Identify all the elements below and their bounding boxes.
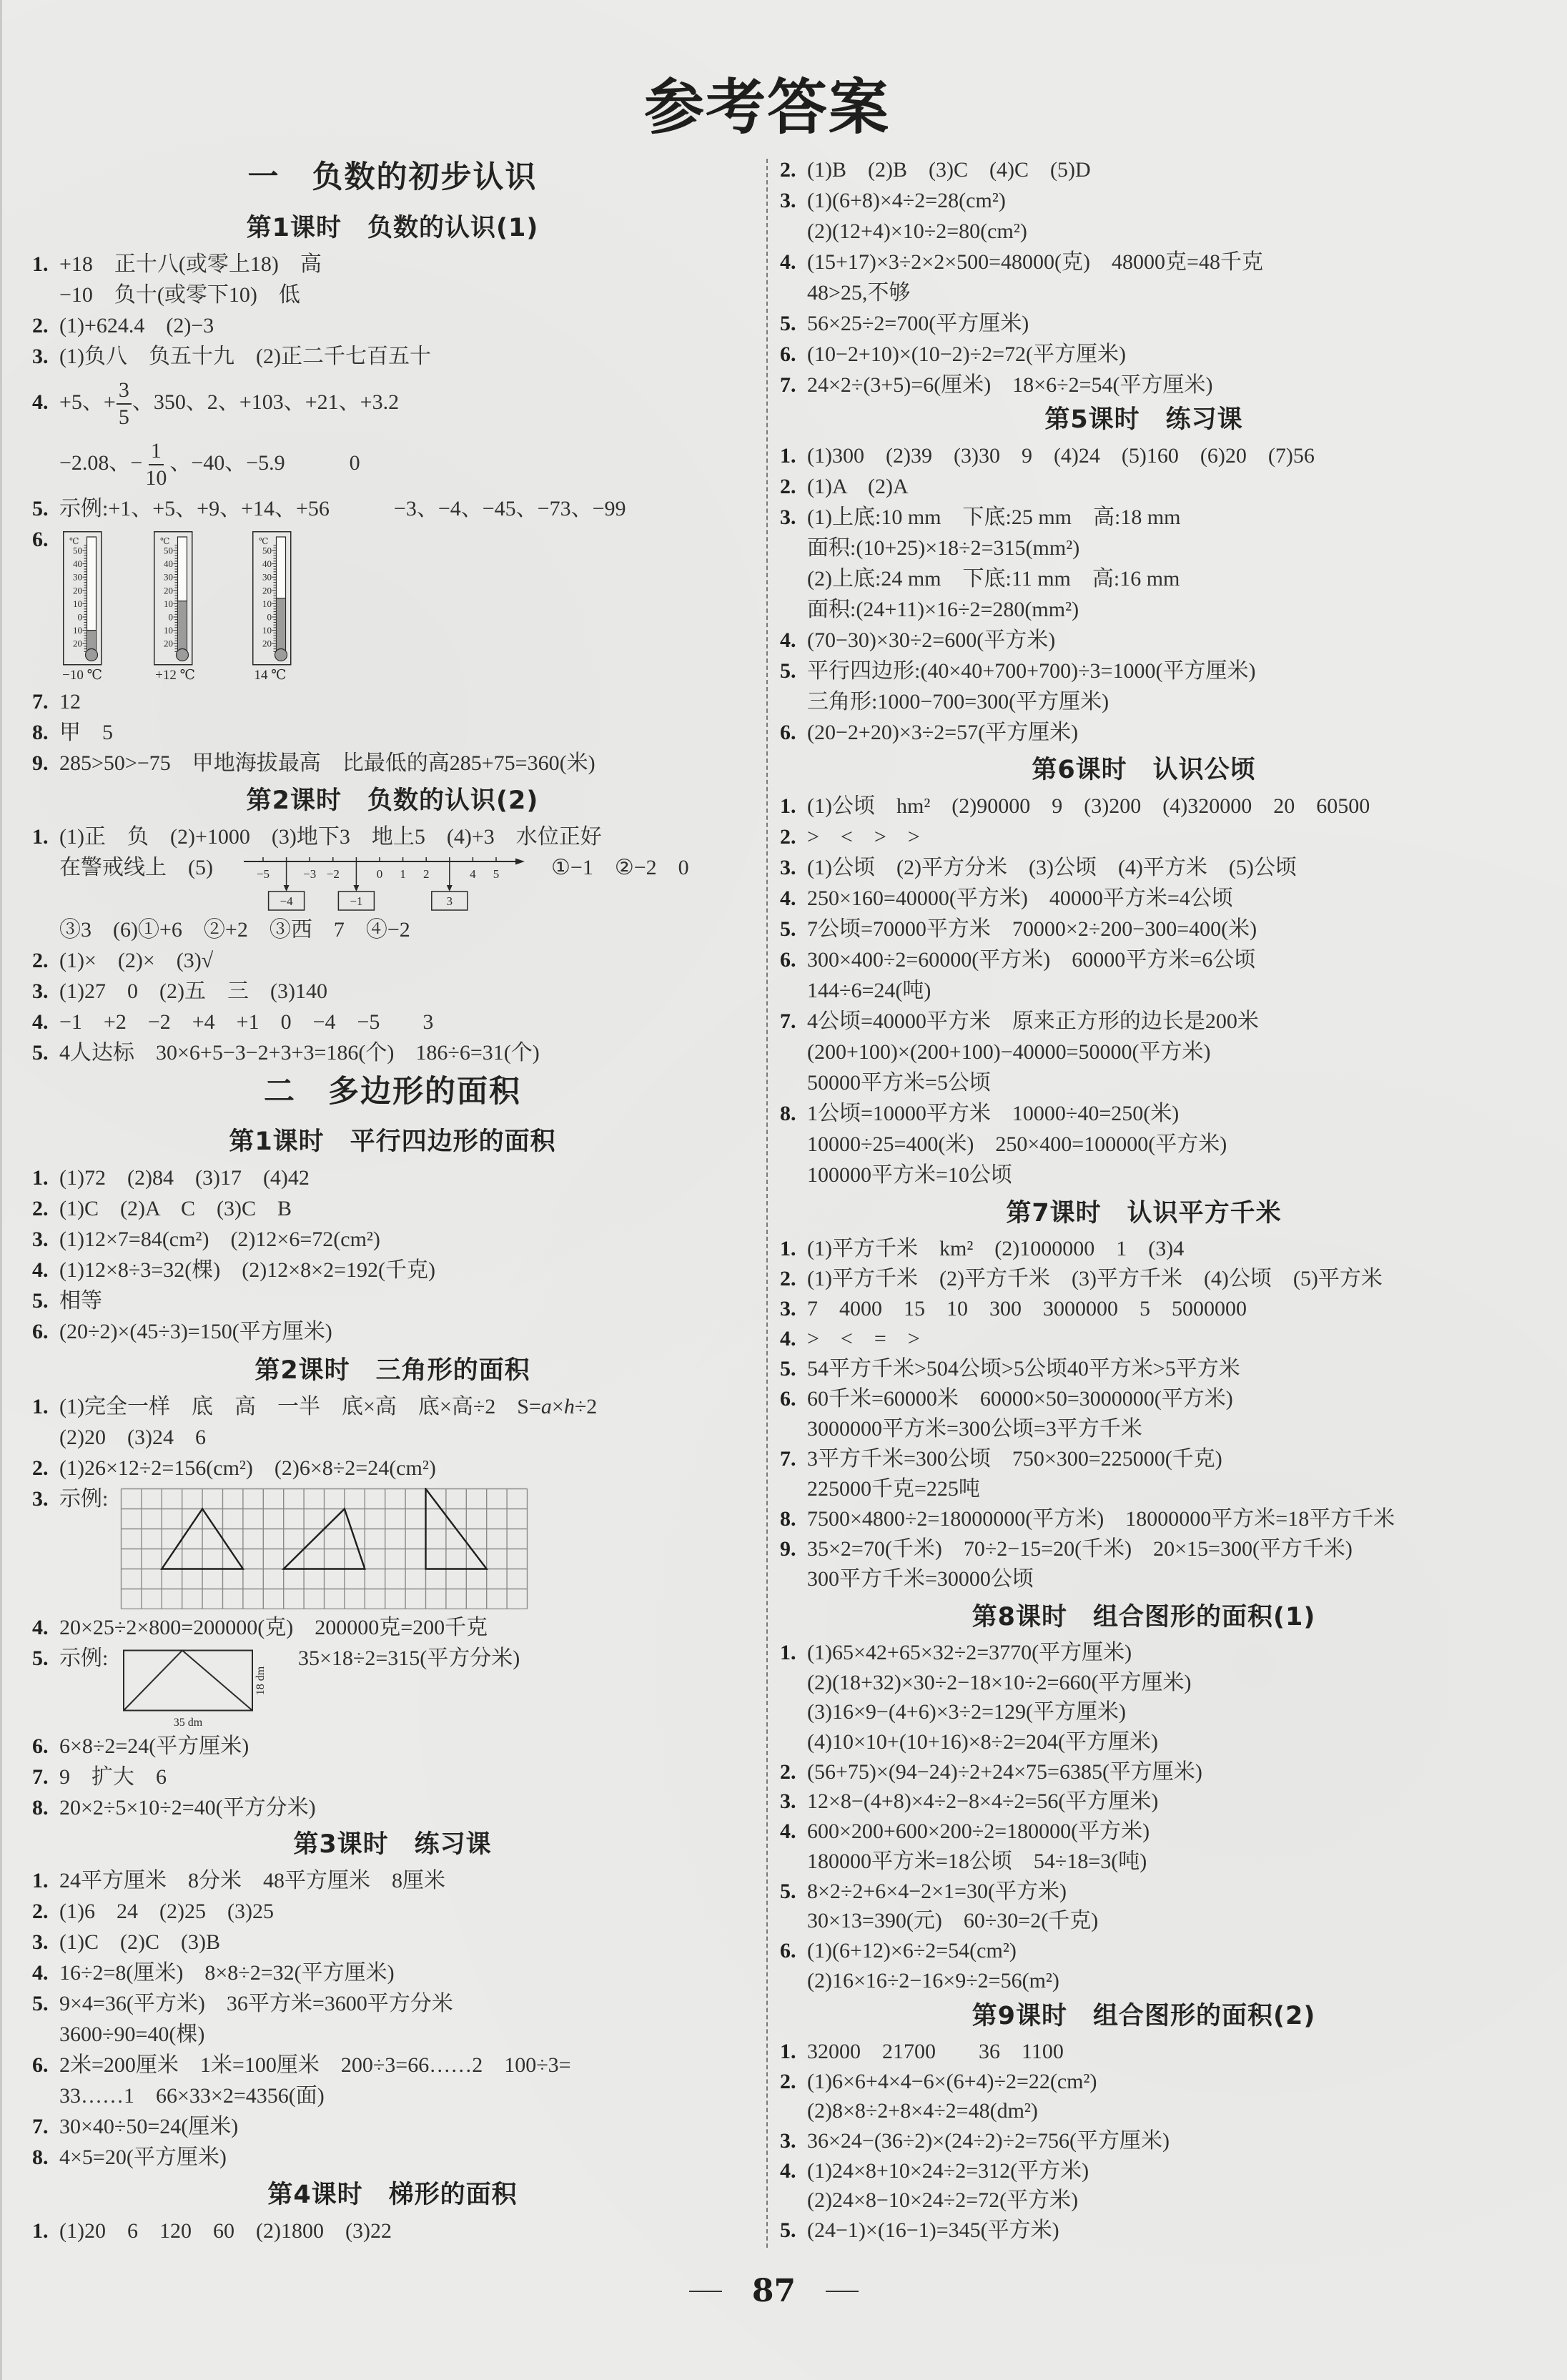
answer-line: 1.(1)正 负 (2)+1000 (3)地下3 地上5 (4)+3 水位正好: [32, 821, 753, 852]
answer-text: (1)24×8+10×24÷2=312(平方米): [807, 2159, 1089, 2183]
fraction-denominator: 5: [117, 405, 132, 430]
answer-line-continued: (2)上底:24 mm 下底:11 mm 高:16 mm: [780, 563, 1508, 594]
answer-line: 5.9×4=36(平方米) 36平方米=3600平方分米: [32, 1988, 753, 2019]
rectangle-triangle-figure: 18 dm 35 dm: [122, 1649, 294, 1731]
question-number: 4.: [780, 2156, 807, 2186]
answer-text: 35×18÷2=315(平方分米): [298, 1643, 520, 1674]
answer-line: 5.(24−1)×(16−1)=345(平方米): [780, 2216, 1508, 2246]
scale-label: 30: [262, 572, 272, 583]
question-number: 2.: [780, 154, 807, 185]
answer-text: (10−2+10)×(10−2)÷2=72(平方厘米): [807, 342, 1126, 366]
answer-text: (70−30)×30÷2=600(平方米): [807, 628, 1055, 652]
thermometer-1: ℃504030201001020: [64, 532, 102, 665]
answer-line-continued: 面积:(10+25)×18÷2=315(mm²): [780, 533, 1508, 563]
answer-line: 3.(1)(6+8)×4÷2=28(cm²): [780, 185, 1508, 216]
question-number: 6.: [780, 339, 807, 370]
question-number: 3.: [32, 976, 59, 1007]
lesson-u2-4-continued: 2.(1)B (2)B (3)C (4)C (5)D 3.(1)(6+8)×4÷…: [780, 154, 1508, 400]
answer-line: 3.(1)负八 负五十九 (2)正二千七百五十: [32, 341, 753, 372]
answer-text: 、−40、−5.9 0: [169, 451, 360, 475]
answer-text: (1)72 (2)84 (3)17 (4)42: [59, 1166, 310, 1190]
answer-line: 1.32000 21700 36 1100: [780, 2037, 1508, 2067]
answer-line: 6.(1)(6+12)×6÷2=54(cm²): [780, 1936, 1508, 1966]
answer-line-continued: (3)16×9−(4+6)×3÷2=129(平方厘米): [780, 1697, 1508, 1727]
answer-text: +5、+: [59, 390, 116, 414]
answer-text: (15+17)×3÷2×2×500=48000(克) 48000克=48千克: [807, 250, 1263, 274]
answer-text: 20×25÷2×800=200000(克) 200000克=200千克: [59, 1616, 488, 1639]
answer-line-continued: (2)(12+4)×10÷2=80(cm²): [780, 216, 1508, 247]
thermometer-bulb: [86, 649, 98, 661]
question-number: 3.: [780, 1294, 807, 1324]
thermometer-caption: −10 ℃: [63, 668, 102, 683]
answer-line: 5.54平方千米>504公顷>5公顷40平方米>5平方米: [780, 1354, 1508, 1384]
scale-label: 40: [73, 558, 82, 569]
scale-label: 20: [262, 638, 272, 649]
answer-text: ①−1 ②−2 0: [551, 852, 689, 883]
answer-line: 4.(1)12×8÷3=32(棵) (2)12×8×2=192(千克): [32, 1255, 753, 1285]
answer-line: 3.7 4000 15 10 300 3000000 5 5000000: [780, 1294, 1508, 1324]
answer-text: 300平方千米=30000公顷: [807, 1567, 1034, 1591]
scale-label: 20: [262, 585, 272, 596]
variable-a: a: [541, 1395, 552, 1418]
question-number: 1.: [780, 791, 807, 821]
answer-line-continued: (4)10×10+(10+16)×8÷2=204(平方厘米): [780, 1727, 1508, 1757]
answer-text: 24平方厘米 8分米 48平方厘米 8厘米: [59, 1869, 445, 1892]
answer-text: (1)A (2)A: [807, 475, 909, 498]
answer-line: 7.9 扩大 6: [32, 1762, 753, 1792]
thermometer-3: ℃504030201001020: [253, 532, 291, 665]
answer-text: (1)12×7=84(cm²) (2)12×6=72(cm²): [59, 1228, 380, 1251]
question-number: 2.: [780, 1264, 807, 1294]
answer-line-continued: 48>25,不够: [780, 277, 1508, 308]
answer-text: 1公顷=10000平方米 10000÷40=250(米): [807, 1102, 1179, 1125]
answer-text: (20÷2)×(45÷3)=150(平方厘米): [59, 1320, 332, 1343]
answer-text: 56×25÷2=700(平方厘米): [807, 312, 1029, 335]
lesson-u2-8: 第8课时 组合图形的面积(1) 1.(1)65×42+65×32÷2=3770(…: [780, 1596, 1508, 1995]
answer-text: −2.08、−: [59, 451, 142, 475]
answer-line: 2.(56+75)×(94−24)÷2+24×75=6385(平方厘米): [780, 1757, 1508, 1787]
answer-text: (2)8×8÷2+8×4÷2=48(dm²): [807, 2099, 1038, 2123]
page-number: 87: [752, 2271, 796, 2311]
lesson-u2-4: 第4课时 梯形的面积 1.(1)20 6 120 60 (2)1800 (3)2…: [32, 2174, 753, 2246]
question-number: 2.: [32, 945, 59, 976]
answer-line: 4.(70−30)×30÷2=600(平方米): [780, 625, 1508, 656]
lesson-u1-1: 第1课时 负数的认识(1) 1.+18 正十八(或零上18) 高 −10 负十(…: [32, 207, 753, 779]
answer-text: 48>25,不够: [807, 281, 910, 305]
question-number: 5.: [32, 1643, 59, 1674]
question-number: 4.: [780, 1324, 807, 1354]
answer-text: 10000÷25=400(米) 250×400=100000(平方米): [807, 1132, 1227, 1156]
lesson-heading: 第3课时 练习课: [32, 1824, 753, 1865]
scale-label: 50: [262, 545, 272, 556]
question-number: 6.: [780, 944, 807, 975]
answer-key-page: 参考答案 一 负数的初步认识 第1课时 负数的认识(1) 1.+18 正十八(或…: [0, 0, 1567, 2380]
answer-text: (2)上底:24 mm 下底:11 mm 高:16 mm: [807, 567, 1180, 591]
question-number: 1.: [32, 1865, 59, 1896]
question-number: 7.: [780, 1444, 807, 1474]
question-number: 6.: [32, 2050, 59, 2080]
lesson-heading: 第9课时 组合图形的面积(2): [780, 1995, 1508, 2037]
answer-line: 8.甲 5: [32, 717, 753, 748]
answer-text: 4公顷=40000平方米 原来正方形的边长是200米: [807, 1009, 1259, 1033]
question-number: 5.: [780, 1877, 807, 1907]
thermometer-caption: 14 ℃: [254, 668, 286, 683]
scale-label: 40: [262, 558, 272, 569]
question-number: 2.: [32, 1453, 59, 1483]
answer-text: (1)平方千米 km² (2)1000000 1 (3)4: [807, 1237, 1184, 1260]
question-number: 7.: [32, 1762, 59, 1792]
fraction: 110: [143, 438, 169, 491]
question-number: 3.: [32, 1927, 59, 1957]
answer-line: 2.(1)× (2)× (3)√: [32, 945, 753, 976]
question-number: 4.: [32, 1957, 59, 1988]
question-number: 4.: [32, 1612, 59, 1643]
answer-text: (2)16×16÷2−16×9÷2=56(m²): [807, 1969, 1059, 1993]
answer-line-with-fraction: 4.+5、+35、350、2、+103、+21、+3.2: [32, 372, 753, 433]
lesson-heading: 第5课时 练习课: [780, 399, 1508, 440]
scale-label: 30: [164, 572, 173, 583]
question-number: 5.: [780, 2216, 807, 2246]
question-number: 1.: [32, 2216, 59, 2246]
answer-text: (1)(6+8)×4÷2=28(cm²): [807, 189, 1006, 212]
answer-line-continued: (2)20 (3)24 6: [32, 1422, 753, 1453]
answer-line: 4.600×200+600×200÷2=180000(平方米): [780, 1817, 1508, 1847]
tick-label: −3: [303, 867, 316, 881]
answer-line: 3.(1)公顷 (2)平方分米 (3)公顷 (4)平方米 (5)公顷: [780, 852, 1508, 883]
answer-text: 4×5=20(平方厘米): [59, 2146, 227, 2169]
answer-text: 32000 21700 36 1100: [807, 2040, 1064, 2063]
question-number: 3.: [780, 1787, 807, 1817]
scale-label: 50: [164, 545, 173, 556]
answer-line-continued: (2)(18+32)×30÷2−18×10÷2=660(平方厘米): [780, 1668, 1508, 1698]
answer-boxes: [269, 892, 468, 910]
answer-line: 1.(1)完全一样 底 高 一半 底×高 底×高÷2 S=a×h÷2: [32, 1391, 753, 1422]
answer-line: 2.(1)+624.4 (2)−3: [32, 310, 753, 341]
answer-text: ×: [552, 1395, 564, 1418]
answer-line: 6.6×8÷2=24(平方厘米): [32, 1731, 753, 1762]
question-number: 1.: [780, 1234, 807, 1264]
tick-label: 2: [423, 867, 430, 881]
answer-line-continued: 50000平方米=5公顷: [780, 1067, 1508, 1098]
answer-text: (56+75)×(94−24)÷2+24×75=6385(平方厘米): [807, 1760, 1202, 1784]
answer-text: (1)公顷 (2)平方分米 (3)公顷 (4)平方米 (5)公顷: [807, 856, 1297, 879]
answer-text: 250×160=40000(平方米) 40000平方米=4公顷: [807, 887, 1233, 910]
question-number: 3.: [780, 852, 807, 883]
question-number: 5.: [32, 1988, 59, 2019]
fraction-denominator: 10: [143, 465, 169, 491]
lesson-heading: 第8课时 组合图形的面积(1): [780, 1596, 1508, 1638]
question-number: 4.: [32, 1255, 59, 1285]
tick-label: 0: [377, 867, 383, 881]
height-label: 18 dm: [254, 1666, 267, 1695]
answer-text: 平行四边形:(40×40+700+700)÷3=1000(平方厘米): [807, 659, 1255, 683]
answer-text: 24×2÷(3+5)=6(厘米) 18×6÷2=54(平方厘米): [807, 373, 1212, 397]
answer-text: > < > >: [807, 825, 920, 849]
left-column: 一 负数的初步认识 第1课时 负数的认识(1) 1.+18 正十八(或零上18)…: [32, 0, 753, 2380]
answer-line: 2.(1)6 24 (2)25 (3)25: [32, 1896, 753, 1927]
answer-line: 3.(1)27 0 (2)五 三 (3)140: [32, 976, 753, 1007]
question-number: 5.: [32, 1037, 59, 1068]
question-number: 5.: [32, 1285, 59, 1316]
answer-line-continued: 300平方千米=30000公顷: [780, 1564, 1508, 1594]
answer-text: 7500×4800÷2=18000000(平方米) 18000000平方米=18…: [807, 1507, 1395, 1531]
question-number: 2.: [780, 2067, 807, 2097]
question-number: 2.: [32, 1193, 59, 1224]
fraction: 35: [117, 377, 132, 430]
mercury-level: [277, 598, 285, 651]
answer-text: 144÷6=24(吨): [807, 979, 931, 1002]
answer-text: (1)C (2)C (3)B: [59, 1930, 220, 1954]
question-number: 6.: [32, 524, 59, 555]
answer-line-continued: 面积:(24+11)×16÷2=280(mm²): [780, 594, 1508, 625]
question-number: 9.: [32, 748, 59, 779]
question-number: 2.: [780, 821, 807, 852]
answer-line-continued: 225000千克=225吨: [780, 1474, 1508, 1504]
answer-text: 50000平方米=5公顷: [807, 1071, 991, 1095]
answer-line: 5.4人达标 30×6+5−3−2+3+3=186(个) 186÷6=31(个): [32, 1037, 753, 1068]
answer-text: ③3 (6)①+6 ②+2 ③西 7 ④−2: [59, 918, 410, 942]
answer-text: (1)+624.4 (2)−3: [59, 314, 214, 337]
question-number: 5.: [780, 1354, 807, 1384]
question-number: 4.: [780, 247, 807, 277]
scale-label: 20: [164, 638, 173, 649]
lesson-heading: 第1课时 负数的认识(1): [32, 207, 753, 249]
question-number: 1.: [780, 1638, 807, 1668]
answer-text: (1)12×8÷3=32(棵) (2)12×8×2=192(千克): [59, 1258, 435, 1282]
answer-text: (2)20 (3)24 6: [59, 1426, 206, 1449]
lesson-u2-5: 第5课时 练习课 1.(1)300 (2)39 (3)30 9 (4)24 (5…: [780, 399, 1508, 748]
answer-line-continued: 180000平方米=18公顷 54÷18=3(吨): [780, 1847, 1508, 1877]
question-number: 7.: [32, 2111, 59, 2142]
answer-line: 6.(20÷2)×(45÷3)=150(平方厘米): [32, 1316, 753, 1347]
answer-text: 12×8−(4+8)×4÷2−8×4÷2=56(平方厘米): [807, 1789, 1158, 1813]
answer-line-continued: 100000平方米=10公顷: [780, 1160, 1508, 1190]
unit-heading-1: 一 负数的初步认识: [32, 154, 753, 200]
lesson-u2-1: 第1课时 平行四边形的面积 1.(1)72 (2)84 (3)17 (4)42 …: [32, 1121, 753, 1347]
answer-text: (1)正 负 (2)+1000 (3)地下3 地上5 (4)+3 水位正好: [59, 825, 602, 849]
answer-line: 4.> < = >: [780, 1324, 1508, 1354]
question-number: 8.: [32, 2142, 59, 2173]
lesson-u2-6: 第6课时 认识公顷 1.(1)公顷 hm² (2)90000 9 (3)200 …: [780, 749, 1508, 1190]
answer-text: ÷2: [575, 1395, 597, 1418]
answer-text: (1)负八 负五十九 (2)正二千七百五十: [59, 345, 431, 368]
answer-line: 6.60千米=60000米 60000×50=3000000(平方米): [780, 1384, 1508, 1414]
answer-line: 7.3平方千米=300公顷 750×300=225000(千克): [780, 1444, 1508, 1474]
answer-line: 4.−1 +2 −2 +4 +1 0 −4 −5 3: [32, 1007, 753, 1037]
answer-line: 6.300×400÷2=60000(平方米) 60000平方米=6公顷: [780, 944, 1508, 975]
answer-line: 2.(1)C (2)A C (3)C B: [32, 1193, 753, 1224]
answer-text: 35×2=70(千米) 70÷2−15=20(千米) 20×15=300(平方千…: [807, 1537, 1353, 1561]
question-number: 6.: [780, 1384, 807, 1414]
answer-text: (1)C (2)A C (3)C B: [59, 1197, 292, 1220]
answer-text: 7 4000 15 10 300 3000000 5 5000000: [807, 1297, 1247, 1320]
answer-text: 甲 5: [59, 721, 113, 744]
thermometer-answer: 6. ℃504030201001020 ℃504030201001020 ℃50…: [32, 524, 753, 686]
dash-decoration: [689, 2291, 722, 2292]
answer-line: 7.4公顷=40000平方米 原来正方形的边长是200米: [780, 1006, 1508, 1037]
answer-line: 7.30×40÷50=24(厘米): [32, 2111, 753, 2142]
answer-text: (20−2+20)×3÷2=57(平方厘米): [807, 721, 1078, 744]
answer-line: 1.(1)72 (2)84 (3)17 (4)42: [32, 1162, 753, 1193]
question-number: 5.: [780, 656, 807, 686]
column-divider: [766, 159, 768, 2248]
page-number-footer: 87: [0, 2271, 1548, 2311]
answer-text: (1)300 (2)39 (3)30 9 (4)24 (5)160 (6)20 …: [807, 444, 1315, 468]
answer-text: (24−1)×(16−1)=345(平方米): [807, 2218, 1059, 2242]
thermometer-2: ℃504030201001020: [154, 532, 192, 665]
scale-label: 20: [164, 585, 173, 596]
answer-line: 4.250×160=40000(平方米) 40000平方米=4公顷: [780, 883, 1508, 914]
answer-text: 3600÷90=40(棵): [59, 2023, 204, 2046]
answer-text: (3)16×9−(4+6)×3÷2=129(平方厘米): [807, 1700, 1126, 1724]
answer-text: 300×400÷2=60000(平方米) 60000平方米=6公顷: [807, 948, 1255, 972]
question-number: 3.: [780, 185, 807, 216]
answer-text: 30×40÷50=24(厘米): [59, 2115, 238, 2138]
answer-line: 3.(1)C (2)C (3)B: [32, 1927, 753, 1957]
unit-heading-2: 二 多边形的面积: [32, 1069, 753, 1115]
answer-line: 9.285>50>−75 甲地海拔最高 比最低的高285+75=360(米): [32, 748, 753, 779]
answer-line-continued: ③3 (6)①+6 ②+2 ③西 7 ④−2: [32, 914, 753, 945]
answer-line-continued: 三角形:1000−700=300(平方厘米): [780, 686, 1508, 717]
answer-text: +18 正十八(或零上18) 高: [59, 252, 322, 276]
tick-label: −2: [327, 867, 340, 881]
answer-line: 8.1公顷=10000平方米 10000÷40=250(米): [780, 1098, 1508, 1129]
answer-text: 16÷2=8(厘米) 8×8÷2=32(平方厘米): [59, 1961, 395, 1985]
answer-text: 12: [59, 690, 81, 713]
question-number: 1.: [32, 821, 59, 852]
scale-label: 30: [73, 572, 82, 583]
answer-text: (1)公顷 hm² (2)90000 9 (3)200 (4)320000 20…: [807, 794, 1370, 818]
answer-line: 5.7公顷=70000平方米 70000×2÷200−300=400(米): [780, 914, 1508, 944]
question-number: 7.: [780, 370, 807, 400]
answer-text: 在警戒线上 (5): [59, 856, 213, 879]
answer-text: (1)上底:10 mm 下底:25 mm 高:18 mm: [807, 505, 1181, 529]
answer-line: 4.(1)24×8+10×24÷2=312(平方米): [780, 2156, 1508, 2186]
answer-line-continued: 3000000平方米=300公顷=3平方千米: [780, 1414, 1508, 1444]
scale-label: 40: [164, 558, 173, 569]
answer-text: (1)6×6+4×4−6×(6+4)÷2=22(cm²): [807, 2070, 1097, 2093]
lesson-u2-3: 第3课时 练习课 1.24平方厘米 8分米 48平方厘米 8厘米 2.(1)6 …: [32, 1824, 753, 2173]
answer-text: (1)20 6 120 60 (2)1800 (3)22: [59, 2219, 392, 2243]
number-line-figure: −5 −3 −2 0 1 2 4 5: [239, 854, 533, 913]
box-label: 3: [447, 894, 453, 908]
question-number: 7.: [32, 686, 59, 717]
scale-label: 10: [262, 625, 272, 636]
answer-text: (1)65×42+65×32÷2=3770(平方厘米): [807, 1641, 1132, 1664]
answer-line: 4.20×25÷2×800=200000(克) 200000克=200千克: [32, 1612, 753, 1643]
answer-line-continued: 33……1 66×33×2=4356(面): [32, 2080, 753, 2111]
scale-label: 0: [78, 612, 83, 623]
tick-label: 5: [493, 867, 500, 881]
question-number: 8.: [780, 1098, 807, 1129]
lesson-heading: 第1课时 平行四边形的面积: [32, 1121, 753, 1162]
answer-text: 9×4=36(平方米) 36平方米=3600平方分米: [59, 1992, 453, 2015]
question-number: 6.: [780, 717, 807, 748]
question-number: 8.: [32, 1792, 59, 1823]
answer-text: (1)完全一样 底 高 一半 底×高 底×高÷2 S=: [59, 1395, 541, 1418]
lesson-heading: 第2课时 负数的认识(2): [32, 780, 753, 821]
question-number: 1.: [780, 2037, 807, 2067]
thermometer-bulb: [177, 649, 189, 661]
box-label: −1: [350, 894, 362, 908]
answer-text: (1)(6+12)×6÷2=54(cm²): [807, 1939, 1017, 1962]
number-line-answer: 在警戒线上 (5) −5 −3 −2 0 1 2 4 5: [32, 852, 753, 914]
answer-line-continued: 144÷6=24(吨): [780, 975, 1508, 1006]
answer-line: 1.24平方厘米 8分米 48平方厘米 8厘米: [32, 1865, 753, 1896]
answer-line: 3.36×24−(36÷2)×(24÷2)÷2=756(平方厘米): [780, 2126, 1508, 2156]
base-label: 35 dm: [174, 1717, 203, 1729]
question-number: 8.: [780, 1504, 807, 1534]
answer-text: 6×8÷2=24(平方厘米): [59, 1734, 249, 1758]
answer-line: 4.16÷2=8(厘米) 8×8÷2=32(平方厘米): [32, 1957, 753, 1988]
answer-text: 33……1 66×33×2=4356(面): [59, 2084, 325, 2108]
question-number: 2.: [780, 471, 807, 502]
answer-text: 20×2÷5×10÷2=40(平方分米): [59, 1796, 316, 1819]
answer-text: 4人达标 30×6+5−3−2+3+3=186(个) 186÷6=31(个): [59, 1041, 540, 1065]
question-number: 3.: [32, 1224, 59, 1255]
scale-label: 0: [267, 612, 272, 623]
answer-line: 9.35×2=70(千米) 70÷2−15=20(千米) 20×15=300(平…: [780, 1534, 1508, 1564]
answer-text: 相等: [59, 1289, 102, 1313]
answer-line: 7.12: [32, 686, 753, 717]
question-number: 6.: [32, 1731, 59, 1762]
grid-triangles-answer: 3.示例:: [32, 1483, 753, 1612]
fraction-numerator: 1: [149, 438, 164, 465]
scale-label: 20: [73, 638, 82, 649]
question-number: 2.: [32, 310, 59, 341]
mercury-level: [87, 631, 96, 651]
answer-text: 3平方千米=300公顷 750×300=225000(千克): [807, 1447, 1222, 1471]
triangle-shape: [124, 1651, 252, 1711]
question-number: 4.: [32, 372, 59, 433]
axis-arrow-icon: [515, 859, 525, 865]
lesson-u2-9: 第9课时 组合图形的面积(2) 1.32000 21700 36 1100 2.…: [780, 1995, 1508, 2246]
answer-text: 225000千克=225吨: [807, 1477, 980, 1501]
question-number: 4.: [780, 625, 807, 656]
answer-line: 1.(1)300 (2)39 (3)30 9 (4)24 (5)160 (6)2…: [780, 440, 1508, 471]
answer-text: 9 扩大 6: [59, 1765, 167, 1789]
fraction-numerator: 3: [117, 377, 132, 405]
answer-text: (2)(12+4)×10÷2=80(cm²): [807, 219, 1027, 243]
answer-line: 6.2米=200厘米 1米=100厘米 200÷3=66……2 100÷3=: [32, 2050, 753, 2080]
answer-line-continued: 10000÷25=400(米) 250×400=100000(平方米): [780, 1129, 1508, 1160]
question-number: 3.: [32, 1483, 59, 1514]
answer-text: 100000平方米=10公顷: [807, 1163, 1012, 1187]
question-number: 7.: [780, 1006, 807, 1037]
answer-line: 5.平行四边形:(40×40+700+700)÷3=1000(平方厘米): [780, 656, 1508, 686]
answer-text: 3000000平方米=300公顷=3平方千米: [807, 1417, 1142, 1441]
answer-text: (1)27 0 (2)五 三 (3)140: [59, 979, 327, 1003]
answer-text: 8×2÷2+6×4−2×1=30(平方米): [807, 1880, 1067, 1903]
answer-text: (1)6 24 (2)25 (3)25: [59, 1900, 274, 1923]
answer-text: −10 负十(或零下10) 低: [59, 283, 300, 307]
question-number: 1.: [32, 249, 59, 280]
answer-text: (1)× (2)× (3)√: [59, 949, 213, 972]
answer-text: (200+100)×(200+100)−40000=50000(平方米): [807, 1040, 1211, 1064]
answer-line-continued: 3600÷90=40(棵): [32, 2019, 753, 2050]
answer-line: 1.(1)65×42+65×32÷2=3770(平方厘米): [780, 1638, 1508, 1668]
rectangle-triangle-answer: 5.示例: 18 dm 35 dm 35×18÷2=315(平方分米): [32, 1643, 753, 1731]
answer-text: 面积:(10+25)×18÷2=315(mm²): [807, 536, 1079, 560]
question-number: 4.: [32, 1007, 59, 1037]
answer-line: 8.4×5=20(平方厘米): [32, 2142, 753, 2173]
answer-line: 8.7500×4800÷2=18000000(平方米) 18000000平方米=…: [780, 1504, 1508, 1534]
question-number: 5.: [780, 914, 807, 944]
question-number: 6.: [780, 1936, 807, 1966]
answer-line: 8.20×2÷5×10÷2=40(平方分米): [32, 1792, 753, 1823]
answer-line: 7.24×2÷(3+5)=6(厘米) 18×6÷2=54(平方厘米): [780, 370, 1508, 400]
question-number: 3.: [32, 341, 59, 372]
